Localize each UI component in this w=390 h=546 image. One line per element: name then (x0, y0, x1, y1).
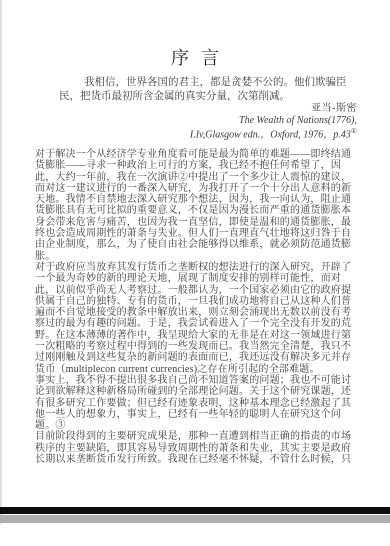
body-paragraph: 对于解决一个从经济学专业角度看可能是最为简单的难题——即终结通货膨胀——寻求一种… (35, 149, 365, 262)
epigraph: 我相信，世界各国的君主，都是贪婪不公的。他们欺骗臣 民，把货币最初所含金属的真实… (59, 76, 359, 103)
text-line: 察过的最为有趣的问题。于是，我尝试着进入了一个完全没有开发的荒 (35, 318, 365, 329)
epigraph-attribution: 亚当-斯密 The Wealth of Nations(1776), I.Iv,… (190, 103, 357, 141)
scan-left-edge-line (0, 0, 2, 524)
citation-text: I.Iv,Glasgow edn.，Oxford, 1976，p.43 (190, 129, 351, 140)
text-line: 对于政府应当放弃其发行货币之垄断权的想法进行的深入研究，开辟了 (35, 262, 365, 273)
scanned-document-page: 序言 我相信，世界各国的君主，都是贪婪不公的。他们欺骗臣 民，把货币最初所含金属… (0, 0, 390, 546)
attribution-work-title: The Wealth of Nations(1776), (190, 115, 357, 127)
text-line: 由企业制度，那么，为了使自由社会能够得以维系，就必须防范通货膨 (35, 239, 365, 250)
epigraph-line: 我相信，世界各国的君主，都是贪婪不公的。他们欺骗臣 (59, 76, 359, 90)
text-line: 目前阶段得到的主要研究成果是，那种一直遭到相当正确的指责的市场 (35, 431, 365, 442)
text-line: 遍而不自觉地接受的教条中解放出来，则立刻会涌现出无数以前没有考 (35, 307, 365, 318)
footnote-mark: ① (351, 127, 357, 135)
attribution-citation: I.Iv,Glasgow edn.，Oxford, 1976，p.43① (190, 126, 357, 141)
text-line: 胀。 (35, 251, 365, 262)
body-text: 对于解决一个从经济学专业角度看可能是最为简单的难题——即终结通货膨胀——寻求一种… (35, 149, 365, 465)
body-paragraph: 事实上，我不得不提出很多我自己尚不知道答案的问题；我也不可能讨论到欲解释这种新格… (35, 375, 365, 431)
text-line: 身会带来危害与痛苦，也因为我一直坚信，即使是温和的通货膨胀，最 (35, 217, 365, 228)
text-line: 天地。我情不自禁地去深入研究那个想法，因为，我一向认为，阻止通 (35, 194, 365, 205)
text-line: 终也会造成周期性的萧条与失业。但人们一直理直气壮地将这归咎于自 (35, 228, 365, 239)
text-line: 货膨胀具有无可比拟的重要意义，不仅是因为漫长而严重的通货膨胀本 (35, 205, 365, 216)
text-line: 此，以前似乎尚无人考察过。一般都认为，一个国家必须由它的政府提 (35, 285, 365, 296)
text-line: 此，大约一年前，我在一次演讲②中提出了一个多少让人震惊的建议， (35, 172, 365, 183)
text-line: 他一些人的想象力，事实上，已经有一些年轻的聪明人在研究这个问 (35, 409, 365, 420)
text-line: 事实上，我不得不提出很多我自己尚不知道答案的问题；我也不可能讨 (35, 375, 365, 386)
scan-bottom-edge-gray-bar (0, 515, 390, 523)
text-line: 供属于自己的独特、专有的货币，一旦我们成功地将自己从这种人们普 (35, 296, 365, 307)
epigraph-line: 民，把货币最初所含金属的真实分量，次第削减。 (59, 90, 359, 104)
text-line: 论到欲解释这种新格局所碰到的全部理论问题。关于这个研究课题，还 (35, 386, 365, 397)
text-line: 秩序的主要缺陷，即其容易导致周期性的萧条和失业，其实主要是政府 (35, 443, 365, 454)
text-line: 野。在这本薄薄的著作中，我呈现给大家的无非是在对这一领域进行第 (35, 330, 365, 341)
text-line: 有很多研究工作要做；但已经有迹象表明，这种基本理念已经激起了其 (35, 398, 365, 409)
scan-bottom-edge-black-bar (0, 507, 390, 514)
text-line: 货膨胀——寻求一种政治上可行的方案，我已经不抱任何希望了，因 (35, 160, 365, 171)
body-paragraph: 目前阶段得到的主要研究成果是，那种一直遭到相当正确的指责的市场秩序的主要缺陷，即… (35, 431, 365, 465)
text-line: 一个最为奇妙的新的理论天地，展现了制度安排的别样可能性，而对 (35, 273, 365, 284)
body-paragraph: 对于政府应当放弃其发行货币之垄断权的想法进行的深入研究，开辟了一个最为奇妙的新的… (35, 262, 365, 375)
text-line: 而对这一建议进行的一番深入研究，为我打开了一个十分出人意料的新 (35, 183, 365, 194)
text-line: 一次粗略的考察过程中得到的一些发现而已。我当然完全清楚，我只不 (35, 341, 365, 352)
text-line: 题。③ (35, 420, 365, 431)
text-line: 货币（multiplecon current currencies)之存在所引起… (35, 364, 365, 375)
page-title: 序言 (0, 44, 390, 70)
text-line: 过刚刚触及到这些复杂的新问题的表面而已，我还远没有解决多元并存 (35, 352, 365, 363)
attribution-author: 亚当-斯密 (190, 103, 357, 115)
text-line: 长期以来垄断货币发行所致。我现在已经毫不怀疑，不管什么时候，只 (35, 454, 365, 465)
text-line: 对于解决一个从经济学专业角度看可能是最为简单的难题——即终结通 (35, 149, 365, 160)
